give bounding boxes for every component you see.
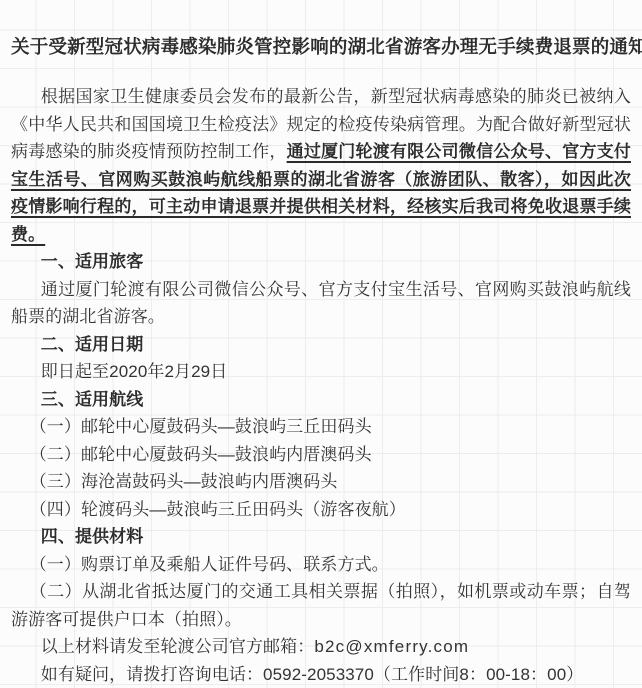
- section-heading-applicable-passengers: 一、适用旅客: [11, 248, 631, 276]
- material-item-1: （一）购票订单及乘船人证件号码、联系方式。: [11, 551, 631, 579]
- notice-document: 关于受新型冠状病毒感染肺炎管控影响的湖北省游客办理无手续费退票的通知 根据国家卫…: [0, 0, 642, 688]
- intro-paragraph: 根据国家卫生健康委员会发布的最新公告，新型冠状病毒感染的肺炎已被纳入《中华人民共…: [11, 83, 631, 248]
- route-item-4: （四）轮渡码头—鼓浪屿三丘田码头（游客夜航）: [11, 496, 631, 524]
- notice-body: 根据国家卫生健康委员会发布的最新公告，新型冠状病毒感染的肺炎已被纳入《中华人民共…: [11, 83, 631, 688]
- route-item-1: （一）邮轮中心厦鼓码头—鼓浪屿三丘田码头: [11, 413, 631, 441]
- section-heading-applicable-dates: 二、适用日期: [11, 331, 631, 359]
- section-body-applicable-dates: 即日起至2020年2月29日: [11, 358, 631, 386]
- email-address: b2c@xmferry.com: [314, 637, 469, 656]
- notice-title: 关于受新型冠状病毒感染肺炎管控影响的湖北省游客办理无手续费退票的通知: [11, 0, 631, 62]
- material-item-2: （二）从湖北省抵达厦门的交通工具相关票据（拍照），如机票或动车票；自驾游游客可提…: [11, 578, 631, 633]
- route-item-2: （二）邮轮中心厦鼓码头—鼓浪屿内厝澳码头: [11, 441, 631, 469]
- email-label: 以上材料请发至轮渡公司官方邮箱：: [41, 637, 315, 656]
- email-line: 以上材料请发至轮渡公司官方邮箱：b2c@xmferry.com: [11, 633, 631, 661]
- route-item-3: （三）海沧嵩鼓码头—鼓浪屿内厝澳码头: [11, 468, 631, 496]
- phone-line: 如有疑问，请拨打咨询电话：0592-2053370（工作时间8：00-18：00…: [11, 661, 631, 688]
- section-heading-required-materials: 四、提供材料: [11, 523, 631, 551]
- section-body-applicable-passengers: 通过厦门轮渡有限公司微信公众号、官方支付宝生活号、官网购买鼓浪屿航线船票的湖北省…: [11, 276, 631, 331]
- section-heading-applicable-routes: 三、适用航线: [11, 386, 631, 414]
